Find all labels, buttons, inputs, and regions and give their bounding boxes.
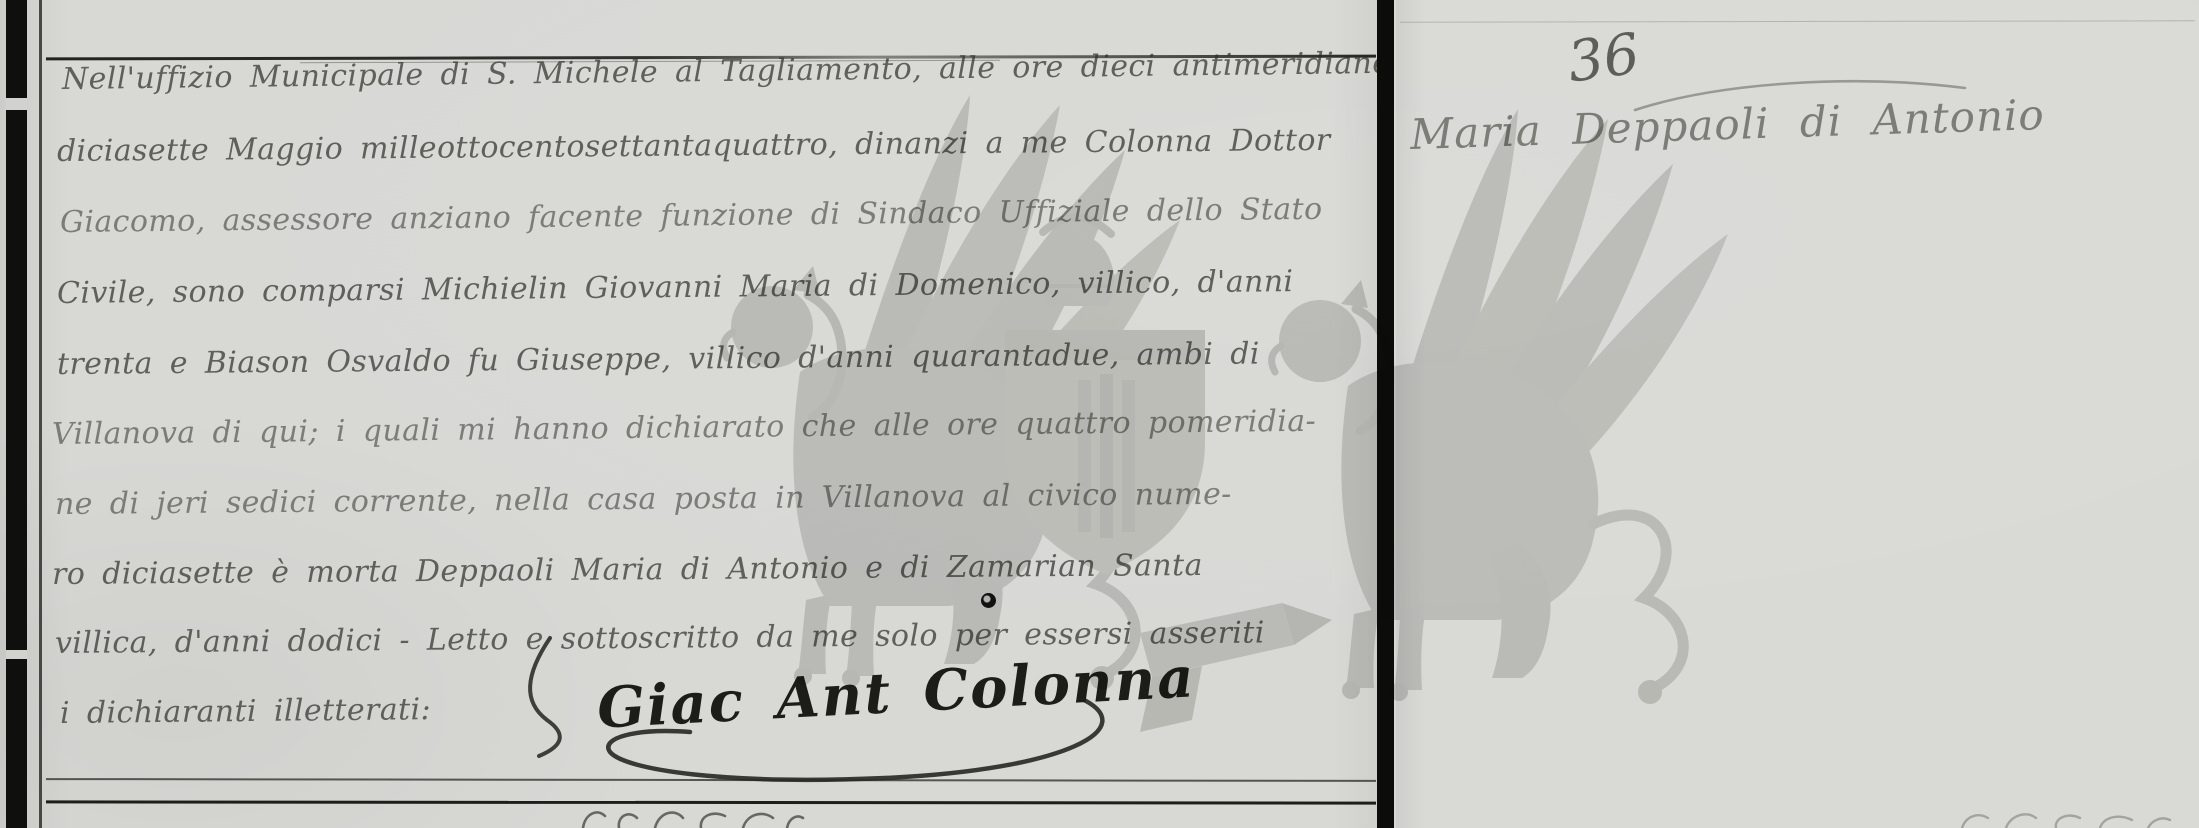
record-number: 36 <box>1564 21 1644 95</box>
left-border-bar <box>6 0 27 828</box>
left-border-thin-line <box>39 0 42 828</box>
left-border-gap <box>6 98 27 110</box>
record-page-left: Nell'uffizio Municipale di S. Michele al… <box>0 0 1377 828</box>
decedent-name-annotation: Maria Deppaoli di Antonio <box>1409 90 2045 159</box>
document-scan: Nell'uffizio Municipale di S. Michele al… <box>0 0 2199 828</box>
next-record-partial-handwriting <box>575 806 805 828</box>
record-text-line: Civile, sono comparsi Michielin Giovanni… <box>57 264 1294 311</box>
record-text-line: Villanova di qui; i quali mi hanno dichi… <box>52 404 1317 452</box>
column-divider-bar <box>1377 0 1394 828</box>
record-text-line: ne di jeri sedici corrente, nella casa p… <box>55 477 1232 522</box>
left-border-gap <box>6 650 27 659</box>
record-text-line: diciasette Maggio milleottocentosettanta… <box>57 123 1331 169</box>
record-text-line: Nell'uffizio Municipale di S. Michele al… <box>62 45 1377 97</box>
record-text-line: Giacomo, assessore anziano facente funzi… <box>60 192 1323 240</box>
record-text-line: i dichiaranti illetterati: <box>60 692 431 731</box>
record-text-line: ro diciasette è morta Deppaoli Maria di … <box>52 548 1203 592</box>
record-text-line: trenta e Biason Osvaldo fu Giuseppe, vil… <box>57 337 1260 382</box>
next-record-partial-handwriting <box>1956 808 2176 828</box>
ink-blot <box>981 593 996 608</box>
margin-column: 36 Maria Deppaoli di Antonio <box>1396 0 2199 828</box>
official-signature: Giac Ant Colonna <box>596 644 1197 741</box>
